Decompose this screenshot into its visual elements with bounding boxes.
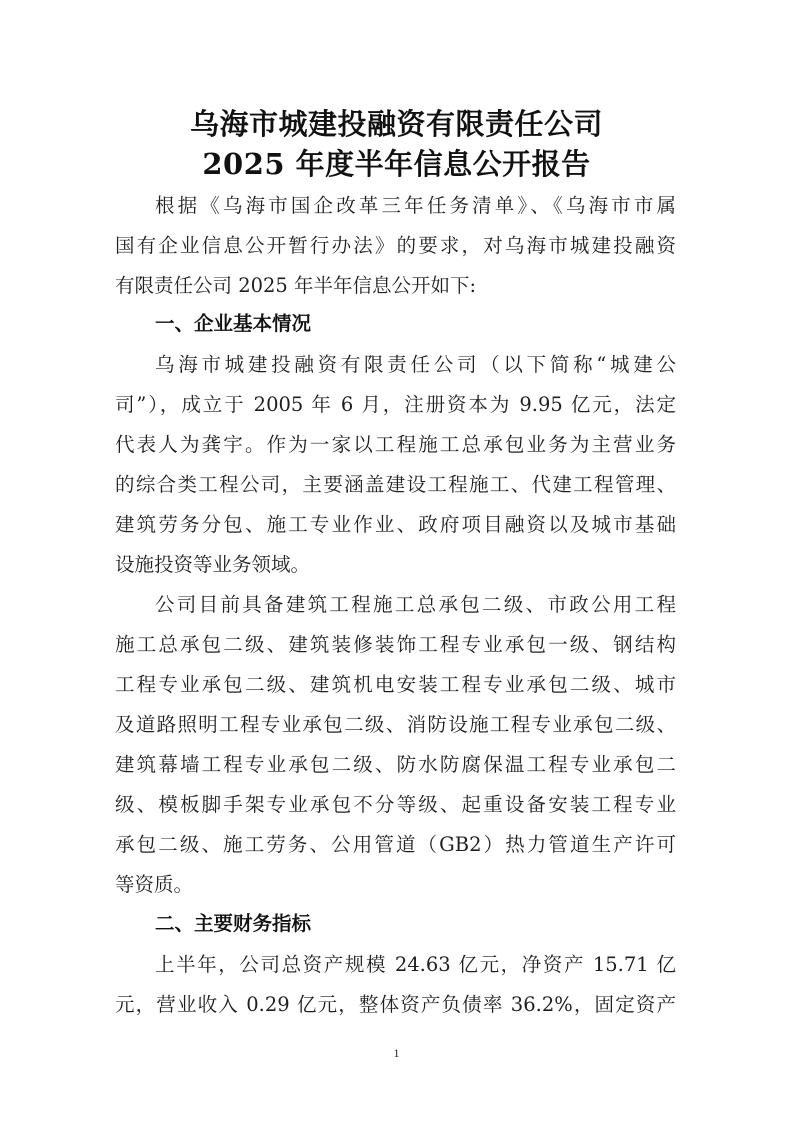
section1-para1-line-1: 乌海市城建投融资有限责任公司（以下简称“城建公 — [155, 350, 676, 380]
section1-para2-line-3: 工程专业承包二级、建筑机电安装工程专业承包二级、城市 — [115, 670, 676, 700]
intro-line-3: 有限责任公司 2025 年半年信息公开如下: — [115, 271, 676, 301]
section1-para1-line-6: 设施投资等业务领域。 — [115, 550, 676, 580]
section1-para2-line-2: 施工总承包二级、建筑装修装饰工程专业承包一级、钢结构 — [115, 630, 676, 660]
section1-para2-line-5: 建筑幕墙工程专业承包二级、防水防腐保温工程专业承包二 — [115, 750, 676, 780]
section1-para2-line-4: 及道路照明工程专业承包二级、消防设施工程专业承包二级、 — [115, 710, 676, 740]
page-number: 1 — [0, 1046, 793, 1061]
intro-line-1: 根据《乌海市国企改革三年任务清单》、《乌海市市属 — [155, 191, 676, 221]
section1-para2-line-1: 公司目前具备建筑工程施工总承包二级、市政公用工程 — [155, 590, 676, 620]
section1-para1-line-2: 司”），成立于 2005 年 6 月，注册资本为 9.95 亿元，法定 — [115, 390, 676, 420]
section2-heading: 二、主要财务指标 — [155, 909, 311, 939]
section1-para2-line-8: 等资质。 — [115, 870, 676, 900]
section1-para1-line-4: 的综合类工程公司，主要涵盖建设工程施工、代建工程管理、 — [115, 470, 676, 500]
section1-para1-line-5: 建筑劳务分包、施工专业作业、政府项目融资以及城市基础 — [115, 510, 676, 540]
section2-para1-line-1: 上半年，公司总资产规模 24.63 亿元，净资产 15.71 亿 — [155, 950, 676, 980]
section1-para1-line-3: 代表人为龚宇。作为一家以工程施工总承包业务为主营业务 — [115, 430, 676, 460]
document-title-line2: 2025 年度半年信息公开报告 — [0, 142, 793, 183]
document-title-line1: 乌海市城建投融资有限责任公司 — [0, 102, 793, 143]
section1-para2-line-7: 承包二级、施工劳务、公用管道（GB2）热力管道生产许可 — [115, 830, 676, 860]
intro-line-2: 国有企业信息公开暂行办法》的要求，对乌海市城建投融资 — [115, 231, 676, 261]
document-page: 乌海市城建投融资有限责任公司 2025 年度半年信息公开报告 根据《乌海市国企改… — [0, 0, 793, 1122]
section1-heading: 一、企业基本情况 — [155, 309, 311, 339]
section1-para2-line-6: 级、模板脚手架专业承包不分等级、起重设备安装工程专业 — [115, 790, 676, 820]
section2-para1-line-2: 元，营业收入 0.29 亿元，整体资产负债率 36.2%，固定资产 — [115, 990, 676, 1020]
